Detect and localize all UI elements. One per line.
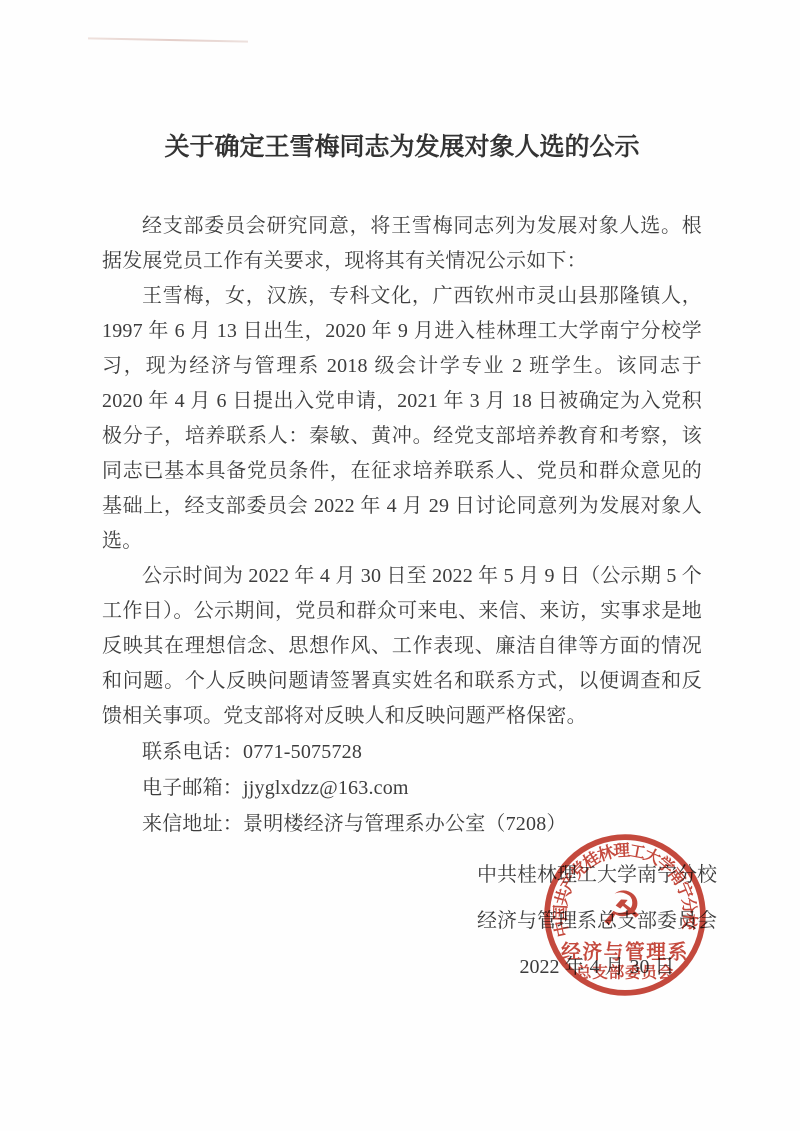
scan-artifact-line <box>88 37 248 42</box>
document-title: 关于确定王雪梅同志为发展对象人选的公示 <box>102 127 702 163</box>
body-paragraph-intro: 经支部委员会研究同意，将王雪梅同志列为发展对象人选。根据发展党员工作有关要求，现… <box>102 209 702 279</box>
official-seal: 中国共产党桂林理工大学南宁分校 ☭ 经济与管理系 总支部委员会 <box>543 833 707 997</box>
contact-email-line: 电子邮箱：jjyglxdzz@163.com <box>102 770 702 806</box>
document-body: 关于确定王雪梅同志为发展对象人选的公示 经支部委员会研究同意，将王雪梅同志列为发… <box>102 127 702 842</box>
body-paragraph-notice-period: 公示时间为 2022 年 4 月 30 日至 2022 年 5 月 9 日（公示… <box>102 559 702 734</box>
seal-inner-line-1: 经济与管理系 <box>561 940 689 963</box>
scanned-document: { "page": { "background_color": "#fefefe… <box>0 0 800 1131</box>
hammer-sickle-icon: ☭ <box>600 884 643 936</box>
contact-phone-line: 联系电话：0771-5075728 <box>102 734 702 770</box>
seal-inner-line-2: 总支部委员会 <box>576 962 674 981</box>
body-paragraph-profile: 王雪梅，女，汉族，专科文化，广西钦州市灵山县那隆镇人，1997 年 6 月 13… <box>102 279 702 559</box>
